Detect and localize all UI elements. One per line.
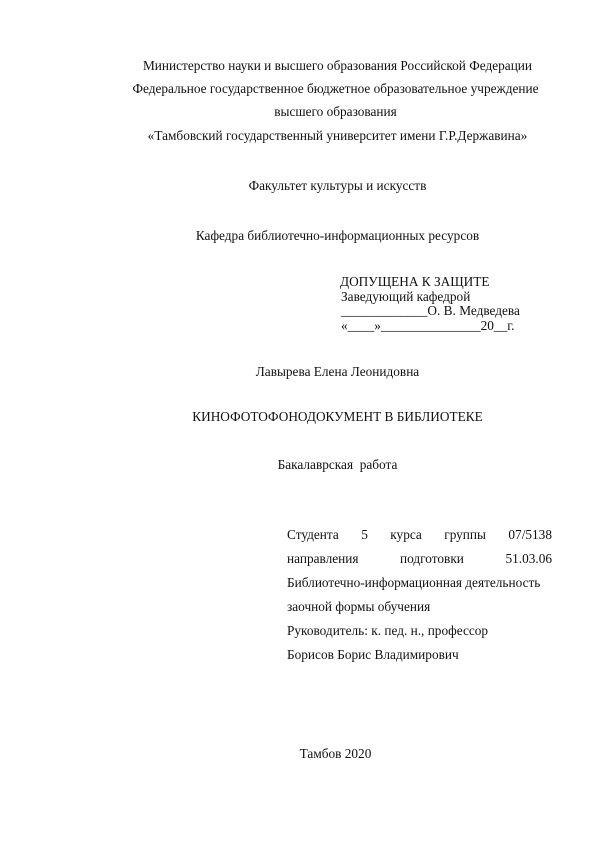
direction-label: направления: [287, 551, 359, 567]
approval-signature-line: _____________О. В. Медведева: [340, 304, 520, 319]
approval-date-line: «____»_______________20__г.: [340, 319, 520, 334]
study-direction: направления подготовки 51.03.06: [287, 551, 552, 567]
student-course-group: Студента 5 курса группы 07/5138: [287, 527, 552, 543]
approval-position: Заведующий кафедрой: [340, 290, 520, 305]
faculty-name: Факультет культуры и искусств: [0, 178, 595, 194]
group-label: группы: [444, 527, 486, 543]
group-number: 07/5138: [508, 527, 552, 543]
institution-type: Федеральное государственное бюджетное об…: [0, 81, 595, 97]
course-number: 5: [361, 527, 368, 543]
author-name: Лавырева Елена Леонидовна: [0, 364, 595, 380]
department-name: Кафедра библиотечно-информационных ресур…: [0, 228, 595, 244]
course-label: курса: [390, 527, 422, 543]
study-form: заочной формы обучения: [287, 599, 552, 615]
specialty: Библиотечно-информационная деятельность: [287, 575, 552, 591]
preparation-label: подготовки: [400, 551, 464, 567]
work-type: Бакалаврская работа: [0, 457, 595, 473]
approval-block: ДОПУЩЕНА К ЗАЩИТЕ Заведующий кафедрой __…: [340, 275, 520, 333]
institution-type-continued: высшего образования: [0, 104, 595, 120]
direction-code: 51.03.06: [505, 551, 552, 567]
approval-title: ДОПУЩЕНА К ЗАЩИТЕ: [340, 275, 520, 290]
student-label: Студента: [287, 527, 339, 543]
city-year: Тамбов 2020: [0, 746, 595, 762]
student-info-block: Студента 5 курса группы 07/5138 направле…: [287, 527, 552, 671]
thesis-topic: КИНОФОТОФОНОДОКУМЕНТ В БИБЛИОТЕКЕ: [0, 409, 595, 425]
title-page: Министерство науки и высшего образования…: [0, 0, 595, 841]
university-name: «Тамбовский государственный университет …: [0, 128, 595, 144]
supervisor-label: Руководитель: к. пед. н., профессор: [287, 623, 552, 639]
ministry-name: Министерство науки и высшего образования…: [0, 58, 595, 74]
supervisor-name: Борисов Борис Владимирович: [287, 647, 552, 663]
